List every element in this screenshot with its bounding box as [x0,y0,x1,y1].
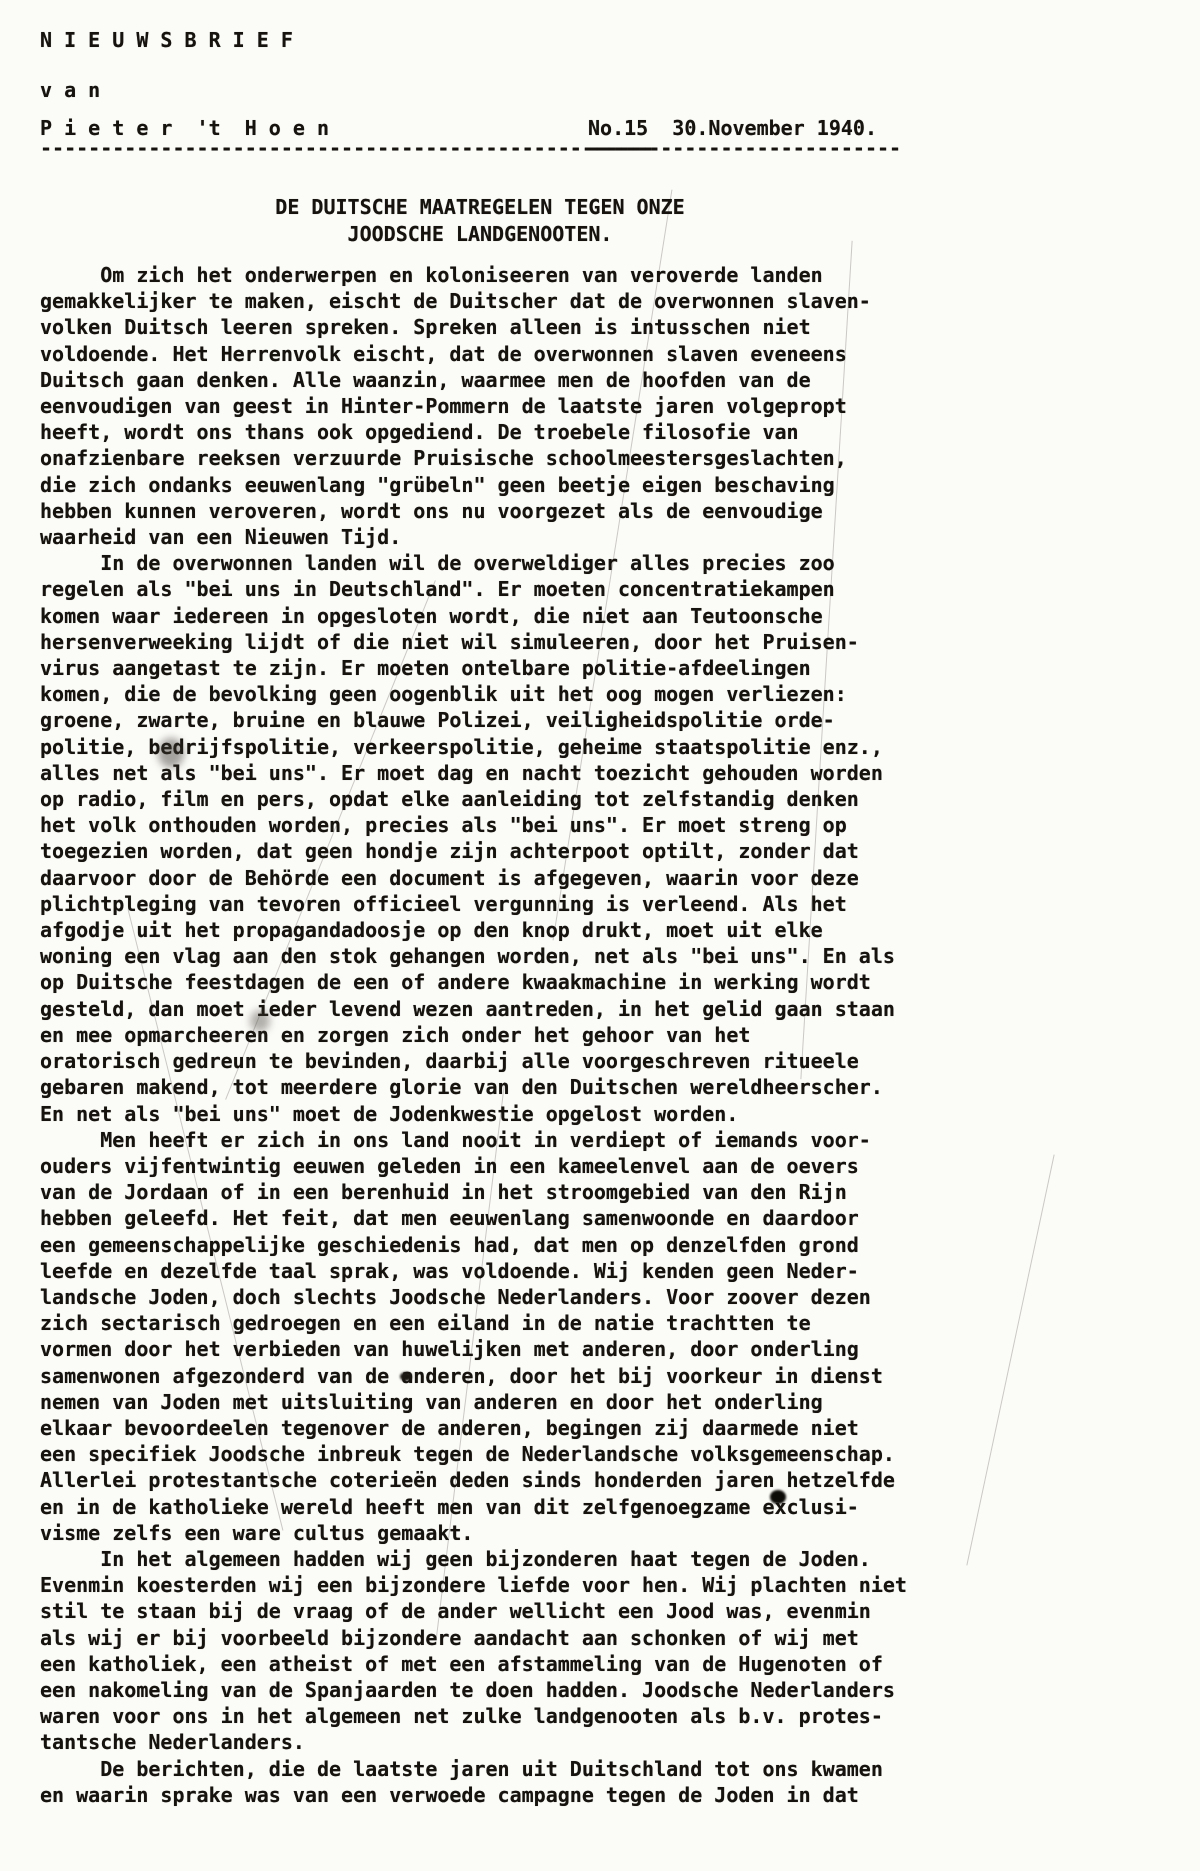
document-page: N I E U W S B R I E F v a n P i e t e r … [0,0,1200,1871]
text-line: leefde en dezelfde taal sprak, was voldo… [40,1258,940,1284]
paragraph: In het algemeen hadden wij geen bijzonde… [40,1546,940,1756]
newsletter-van: v a n [40,78,100,102]
text-line: plichtpleging van tevoren officieel verg… [40,891,940,917]
article-body: Om zich het onderwerpen en koloniseeren … [40,262,940,1808]
text-line: Allerlei protestantsche coterieën deden … [40,1467,940,1493]
text-line: vormen door het verbieden van huwelijken… [40,1336,940,1362]
text-line: Om zich het onderwerpen en koloniseeren … [40,262,940,288]
text-line: landsche Joden, doch slechts Joodsche Ne… [40,1284,940,1310]
text-line: nemen van Joden met uitsluiting van ande… [40,1389,940,1415]
text-line: regelen als "bei uns in Deutschland". Er… [40,576,940,602]
text-line: heeft, wordt ons thans ook opgediend. De… [40,419,940,445]
text-line: en in de katholieke wereld heeft men van… [40,1494,940,1520]
text-line: oratorisch gedreun te bevinden, daarbij … [40,1048,940,1074]
text-line: op radio, film en pers, opdat elke aanle… [40,786,940,812]
text-line: stil te staan bij de vraag of de ander w… [40,1598,940,1624]
text-line: hersenverweeking lijdt of die niet wil s… [40,629,940,655]
text-line: volken Duitsch leeren spreken. Spreken a… [40,314,940,340]
text-line: virus aangetast te zijn. Er moeten ontel… [40,655,940,681]
article-title-line2: JOODSCHE LANDGENOOTEN. [40,221,920,248]
text-line: gemakkelijker te maken, eischt de Duitsc… [40,288,940,314]
text-line: Men heeft er zich in ons land nooit in v… [40,1127,940,1153]
author-underline: ----------------------------------------… [40,136,654,160]
paragraph: De berichten, die de laatste jaren uit D… [40,1756,940,1808]
text-line: en waarin sprake was van een verwoede ca… [40,1782,940,1808]
text-line: als wij er bij voorbeeld bijzondere aand… [40,1625,940,1651]
text-line: daarvoor door de Behörde een document is… [40,865,940,891]
text-line: elkaar bevoordeelen tegenover de anderen… [40,1415,940,1441]
text-line: waarheid van een Nieuwen Tijd. [40,524,940,550]
text-line: van de Jordaan of in een berenhuid in he… [40,1179,940,1205]
text-line: tantsche Nederlanders. [40,1729,940,1755]
text-line: hebben geleefd. Het feit, dat men eeuwen… [40,1205,940,1231]
text-line: In het algemeen hadden wij geen bijzonde… [40,1546,940,1572]
paragraph: In de overwonnen landen wil de overweldi… [40,550,940,1126]
text-line: een specifiek Joodsche inbreuk tegen de … [40,1441,940,1467]
text-line: Duitsch gaan denken. Alle waanzin, waarm… [40,367,940,393]
text-line: een katholiek, een atheist of met een af… [40,1651,940,1677]
text-line: samenwonen afgezonderd van de anderen, d… [40,1363,940,1389]
text-line: alles net als "bei uns". Er moet dag en … [40,760,940,786]
text-line: waren voor ons in het algemeen net zulke… [40,1703,940,1729]
text-line: toegezien worden, dat geen hondje zijn a… [40,838,940,864]
paragraph: Om zich het onderwerpen en koloniseeren … [40,262,940,550]
text-line: gebaren makend, tot meerdere glorie van … [40,1074,940,1100]
text-line: visme zelfs een ware cultus gemaakt. [40,1520,940,1546]
article-title: DE DUITSCHE MAATREGELEN TEGEN ONZE JOODS… [40,194,920,248]
article-title-line1: DE DUITSCHE MAATREGELEN TEGEN ONZE [40,194,920,221]
text-line: en mee opmarcheeren en zorgen zich onder… [40,1022,940,1048]
text-line: gesteld, dan moet ieder levend wezen aan… [40,996,940,1022]
text-line: komen waar iedereen in opgesloten wordt,… [40,603,940,629]
text-line: politie, bedrijfspolitie, verkeerspoliti… [40,734,940,760]
text-line: op Duitsche feestdagen de een of andere … [40,969,940,995]
text-line: afgodje uit het propagandadoosje op den … [40,917,940,943]
text-line: eenvoudigen van geest in Hinter-Pommern … [40,393,940,419]
text-line: voldoende. Het Herrenvolk eischt, dat de… [40,341,940,367]
text-line: zich sectarisch gedroegen en een eiland … [40,1310,940,1336]
text-line: In de overwonnen landen wil de overweldi… [40,550,940,576]
text-line: woning een vlag aan den stok gehangen wo… [40,943,940,969]
text-line: die zich ondanks eeuwenlang "grübeln" ge… [40,472,940,498]
text-line: het volk onthouden worden, precies als "… [40,812,940,838]
paragraph: Men heeft er zich in ons land nooit in v… [40,1127,940,1546]
text-line: Evenmin koesterden wij een bijzondere li… [40,1572,940,1598]
text-line: een nakomeling van de Spanjaarden te doe… [40,1677,940,1703]
text-line: ouders vijfentwintig eeuwen geleden in e… [40,1153,940,1179]
text-line: een gemeenschappelijke geschiedenis had,… [40,1232,940,1258]
text-line: onafzienbare reeksen verzuurde Pruisisch… [40,445,940,471]
scan-crease-line [966,1154,1054,1565]
text-line: komen, die de bevolking geen oogenblik u… [40,681,940,707]
text-line: groene, zwarte, bruine en blauwe Polizei… [40,707,940,733]
issue-underline: -------------------------- [588,136,901,160]
text-line: De berichten, die de laatste jaren uit D… [40,1756,940,1782]
newsletter-title: N I E U W S B R I E F [40,28,293,52]
text-line: En net als "bei uns" moet de Jodenkwesti… [40,1101,940,1127]
text-line: hebben kunnen veroveren, wordt ons nu vo… [40,498,940,524]
